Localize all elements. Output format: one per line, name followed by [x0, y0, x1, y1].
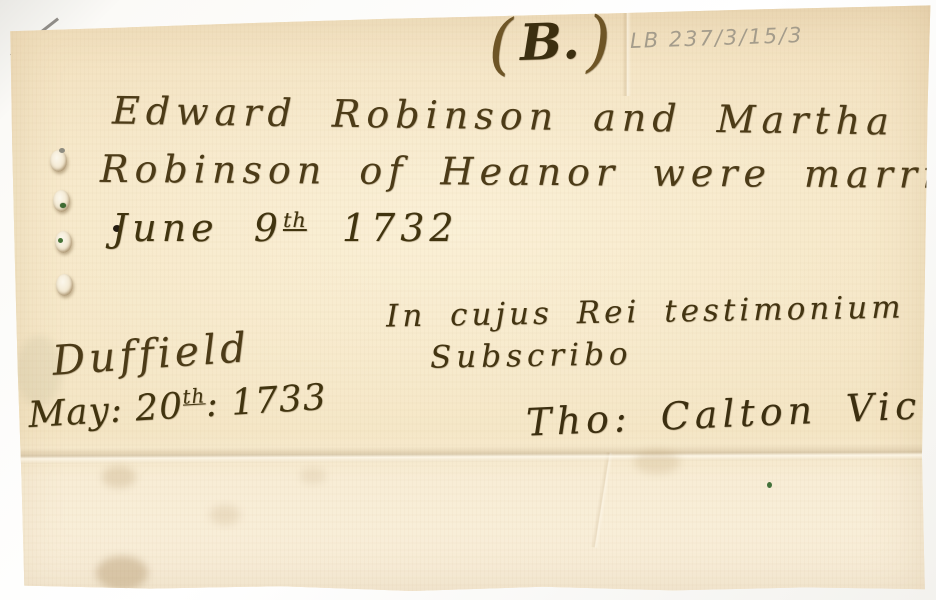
classification-open-paren: ( — [487, 5, 515, 83]
archive-reference: LB 237/3/15/3 — [630, 23, 804, 53]
vertical-crease-bottom — [591, 452, 614, 548]
classification-mark: (B.) — [487, 2, 613, 83]
binding-hole — [56, 274, 73, 296]
stain — [96, 556, 148, 590]
classification-close-paren: ) — [584, 2, 612, 80]
document-paper: (B.) LB 237/3/15/3 Edward Robinson and M… — [0, 0, 936, 600]
place-name: Duffield — [51, 323, 252, 385]
certificate-date-ordinal: th — [182, 384, 206, 408]
classification-letter: B. — [519, 11, 581, 72]
certificate-date-year: : 1733 — [204, 377, 327, 425]
paper-tear-fleck — [59, 148, 65, 153]
record-line-1: Edward Robinson and Martha — [112, 89, 895, 144]
certificate-date-prefix: May: 20 — [27, 386, 184, 436]
stain — [210, 505, 240, 525]
stain — [300, 468, 326, 484]
fold-crease — [8, 444, 930, 464]
stain — [634, 450, 680, 474]
photograph-background: (B.) LB 237/3/15/3 Edward Robinson and M… — [0, 0, 936, 600]
stain — [102, 466, 136, 488]
attestation-line-2: Subscribo — [430, 336, 633, 376]
binding-hole — [53, 190, 70, 212]
certificate-date: May: 20th: 1733 — [27, 377, 328, 436]
marriage-date-prefix: June 9 — [112, 206, 283, 250]
signature: Tho: Calton Vic — [525, 383, 922, 444]
record-line-2: Robinson of Heanor were marrièd — [100, 147, 936, 197]
verdigris-fleck — [60, 203, 66, 208]
verdigris-fleck — [58, 238, 63, 243]
attestation-line-1: In cujus Rei testimonium — [386, 289, 905, 334]
marriage-date-ordinal: th — [283, 208, 307, 232]
binding-hole — [50, 150, 67, 172]
record-line-3: June 9th 1732 — [112, 206, 459, 250]
green-speck — [767, 482, 772, 488]
marriage-date-year: 1732 — [307, 206, 459, 250]
